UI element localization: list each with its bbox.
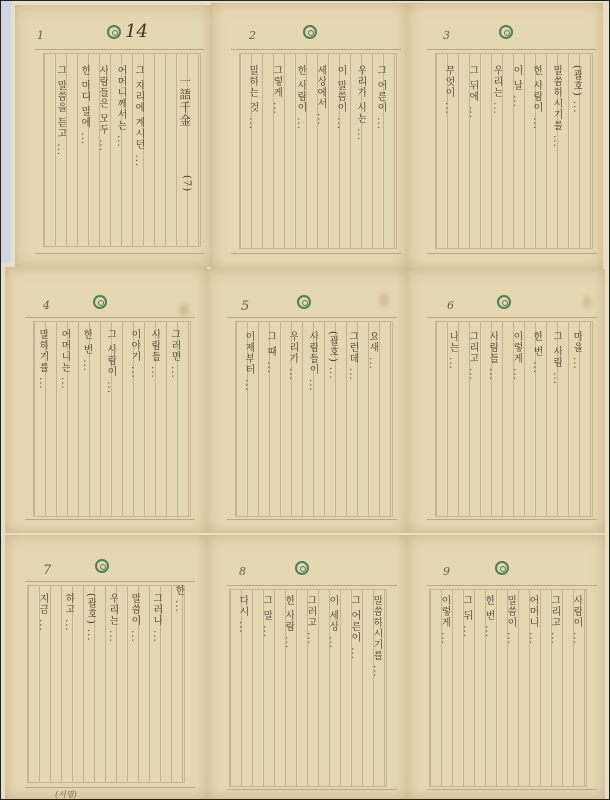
text-line: 한 번 ... (531, 331, 542, 501)
manuscript-page-4: 4 그러면 ... 사람들 ... 이야기 ... 그 사람이 ... 한 번 … (5, 267, 207, 533)
footer-rule (231, 253, 401, 254)
text-line: 그 뒤 ... (461, 595, 472, 775)
text-line: 세상에서 ... (315, 65, 326, 235)
text-line: (괄호) ... (85, 593, 96, 773)
manuscript-page-6: 6 마을 ... 그 사람 ... 한 번 ... 이렇게 ... 사람들 ..… (407, 269, 605, 533)
text-line: 사람들 ... (487, 331, 498, 501)
footer-rule (427, 519, 597, 520)
footer-note: (서명) (55, 789, 77, 800)
page-number: 1 (37, 29, 44, 42)
text-line: 어머니께서는 ... (115, 65, 126, 235)
footer-rule (227, 789, 397, 790)
page-heading: 一語千金 (179, 75, 190, 165)
text-line: 한 번 ... (483, 595, 494, 775)
text-line: 그런데 ... (347, 331, 358, 501)
header-rule (35, 49, 205, 50)
text-line: 말씀하시기를 ... (551, 65, 562, 235)
emblem-icon (297, 295, 311, 309)
text-line: 그러나 ... (151, 593, 162, 773)
page-number: 3 (443, 29, 450, 42)
manuscript-page-1: 14 1 一語千金 (7) 그 자리에 계시던 ... 어머니께서는 ... 사… (15, 5, 211, 267)
text-line: 그 사람 ... (551, 331, 562, 501)
paper-stain (379, 293, 389, 307)
text-line: 어머니 ... (527, 595, 538, 775)
text-line: 무엇이 ... (443, 65, 454, 235)
text-line: 다시 ... (237, 595, 248, 685)
background-strip (1, 1, 11, 263)
text-line: 그렇게 ... (271, 65, 282, 235)
text-line: 그 말 ... (261, 595, 272, 775)
text-line: (괄호) ... (571, 65, 582, 235)
text-line: 이야기 ... (129, 329, 140, 499)
text-line: 그 사람이 ... (105, 329, 116, 499)
paper-stain (179, 303, 189, 317)
text-line: 그 말씀을 듣고 ... (55, 65, 66, 235)
text-line: 사람들은 모두 ... (97, 65, 108, 235)
text-line: 우리가 사는 ... (355, 65, 366, 235)
footer-rule (427, 789, 597, 790)
text-line: 우리는 ... (491, 65, 502, 235)
footer-rule (427, 253, 597, 254)
text-line: 한 사람 ... (283, 595, 294, 775)
text-line: 이제부터 ... (243, 331, 254, 501)
text-line: 이 세상 ... (327, 595, 338, 775)
text-line: 그러고 ... (305, 595, 316, 775)
manuscript-page-3: 3 (괄호) ... 말씀하시기를 ... 한 사람이 ... 이 날 ... … (407, 3, 603, 269)
text-line: 사람들 ... (149, 329, 160, 499)
page-number: 8 (239, 565, 246, 578)
header-rule (227, 585, 397, 586)
text-line: 한 마디 말에 ... (79, 65, 90, 235)
header-rule (427, 585, 597, 586)
header-rule (25, 317, 195, 318)
emblem-icon (499, 25, 513, 39)
text-line: 우리가 ... (287, 331, 298, 501)
manuscript-page-5: 5 요새 ... 그런데 ... (괄호) ... 사람들이 ... 우리가 .… (207, 269, 407, 533)
text-line: 한 ... (173, 585, 184, 765)
text-line: 지금 ... (37, 593, 48, 773)
header-rule (227, 317, 397, 318)
text-line: 나는 ... (447, 331, 458, 421)
page-number: 4 (43, 299, 50, 312)
text-line: 마을 ... (571, 331, 582, 501)
page-number: 6 (447, 299, 454, 312)
text-line: 말씀하시기를 ... (371, 595, 382, 775)
text-line: 사람들이 ... (307, 331, 318, 501)
annotation-number: 14 (125, 21, 148, 42)
text-line: 한 번 ... (81, 329, 92, 499)
emblem-icon (93, 295, 107, 309)
emblem-icon (495, 561, 509, 575)
page-number: 5 (241, 299, 249, 314)
text-line: 사람이 ... (571, 595, 582, 775)
text-line: 요새 ... (367, 331, 378, 501)
header-rule (427, 49, 597, 50)
text-line: 이렇게 ... (511, 331, 522, 501)
footer-rule (227, 519, 397, 520)
page-number: 9 (443, 565, 450, 578)
text-line: 말하는 것 ... (247, 65, 258, 235)
header-rule (427, 317, 597, 318)
text-line: 말씀이 ... (129, 593, 140, 773)
footer-rule (35, 253, 205, 254)
text-line: 어머니는 ... (59, 329, 70, 499)
text-line: 말씀이 ... (505, 595, 516, 775)
text-line: 말하기를 ... (37, 329, 48, 499)
emblem-icon (303, 25, 317, 39)
paper-stain (583, 295, 591, 309)
text-line: 하고 ... (63, 593, 74, 773)
page-number: 7 (43, 563, 51, 578)
text-line: 그러면 ... (169, 329, 180, 509)
text-line: 그리고 ... (549, 595, 560, 775)
header-rule (25, 581, 195, 582)
page-number: 2 (249, 29, 256, 42)
manuscript-page-9: 9 사람이 ... 그리고 ... 어머니 ... 말씀이 ... 한 번 ..… (407, 535, 605, 799)
emblem-icon (497, 295, 511, 309)
text-line: 그 때 ... (265, 331, 276, 501)
text-line: 이렇게 ... (439, 595, 450, 665)
text-line: 한 사람이 ... (295, 65, 306, 235)
text-line: 그 어른이 ... (375, 65, 386, 235)
text-line: (7) (181, 175, 192, 215)
manuscript-page-7: 7 한 ... 그러나 ... 말씀이 ... 우리는 ... (괄호) ...… (5, 535, 207, 799)
text-line: 이 날 ... (511, 65, 522, 235)
text-line: 이 말씀이 ... (335, 65, 346, 235)
text-line: 우리는 ... (107, 593, 118, 773)
text-line: 그 뒤에 ... (467, 65, 478, 235)
text-line: (괄호) ... (327, 331, 338, 501)
header-rule (231, 49, 401, 50)
emblem-icon (95, 559, 109, 573)
manuscript-page-2: 2 그 어른이 ... 우리가 사는 ... 이 말씀이 ... 세상에서 ..… (211, 3, 407, 269)
text-line: 한 사람이 ... (531, 65, 542, 235)
manuscript-photo: 14 1 一語千金 (7) 그 자리에 계시던 ... 어머니께서는 ... 사… (0, 0, 610, 800)
text-line: 그 어른이 ... (349, 595, 360, 775)
text-line: 그 자리에 계시던 ... (133, 65, 144, 235)
emblem-icon (107, 25, 121, 39)
manuscript-page-8: 8 말씀하시기를 ... 그 어른이 ... 이 세상 ... 그러고 ... … (207, 535, 407, 799)
emblem-icon (295, 561, 309, 575)
footer-rule (25, 787, 195, 788)
footer-rule (25, 519, 195, 520)
text-line: 그리고 ... (467, 331, 478, 501)
